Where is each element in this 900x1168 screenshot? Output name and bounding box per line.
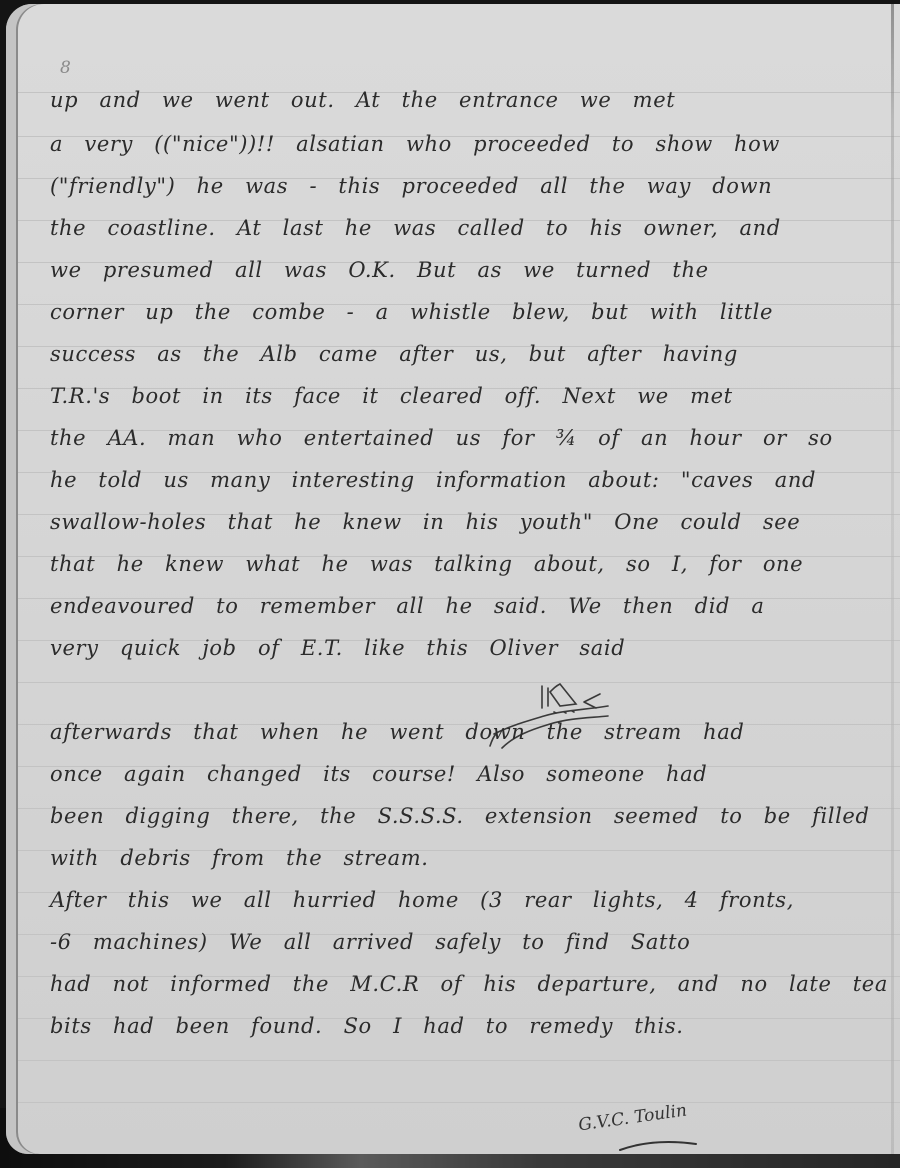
- handwritten-line: the coastline. At last he was called to …: [50, 216, 880, 240]
- handwritten-line: a very (("nice"))!! alsatian who proceed…: [50, 132, 880, 156]
- ruled-line: [18, 1102, 900, 1103]
- handwritten-line: T.R.'s boot in its face it cleared off. …: [50, 384, 880, 408]
- handwritten-line: the AA. man who entertained us for ¾ of …: [50, 426, 880, 450]
- handwritten-line: -6 machines) We all arrived safely to fi…: [50, 930, 880, 954]
- signature: G.V.C. Toulin: [577, 1100, 688, 1135]
- handwritten-line: After this we all hurried home (3 rear l…: [50, 888, 880, 912]
- handwritten-line: that he knew what he was talking about, …: [50, 552, 880, 576]
- handwritten-line: up and we went out. At the entrance we m…: [50, 88, 880, 112]
- notebook-photo: 8 up and we went out. At the entrance we…: [0, 0, 900, 1168]
- handwritten-line: corner up the combe - a whistle blew, bu…: [50, 300, 880, 324]
- ruled-line: [18, 682, 900, 683]
- handwritten-line: bits had been found. So I had to remedy …: [50, 1014, 880, 1038]
- handwritten-line: endeavoured to remember all he said. We …: [50, 594, 880, 618]
- handwritten-line: afterwards that when he went down the st…: [50, 720, 880, 744]
- page-number: 8: [60, 58, 71, 78]
- handwritten-line: been digging there, the S.S.S.S. extensi…: [50, 804, 880, 828]
- handwritten-line: success as the Alb came after us, but af…: [50, 342, 880, 366]
- handwritten-line: ("friendly") he was - this proceeded all…: [50, 174, 880, 198]
- handwritten-line: had not informed the M.C.R of his depart…: [50, 972, 880, 996]
- handwritten-line: he told us many interesting information …: [50, 468, 880, 492]
- handwritten-line: we presumed all was O.K. But as we turne…: [50, 258, 880, 282]
- handwritten-line: very quick job of E.T. like this Oliver …: [50, 636, 880, 660]
- signature-underline-icon: [618, 1138, 698, 1152]
- handwritten-line: once again changed its course! Also some…: [50, 762, 880, 786]
- handwritten-line: with debris from the stream.: [50, 846, 880, 870]
- handwritten-line: swallow-holes that he knew in his youth"…: [50, 510, 880, 534]
- notebook-page: 8 up and we went out. At the entrance we…: [6, 4, 900, 1154]
- ruled-line: [18, 1060, 900, 1061]
